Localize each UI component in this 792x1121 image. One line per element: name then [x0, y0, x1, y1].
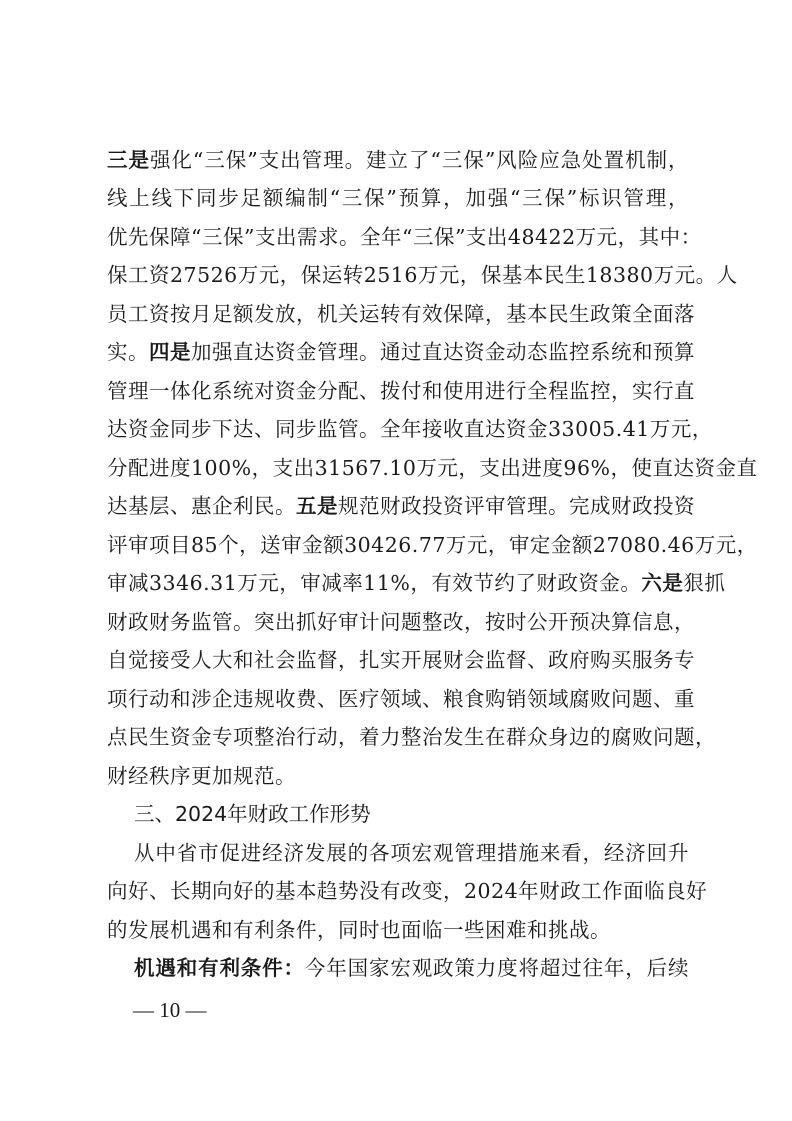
text-line: 达资金同步下达、同步监管。全年接收直达资金33005.41万元， — [107, 410, 689, 448]
text-line: 从中省市促进经济发展的各项宏观管理措施来看，经济回升 — [134, 834, 689, 872]
text-line: 点民生资金专项整治行动，着力整治发生在群众身边的腐败问题， — [107, 718, 689, 756]
section-heading: 三、2024年财政工作形势 — [134, 795, 689, 833]
text-line: 三是强化“三保”支出管理。建立了“三保”风险应急处置机制， — [107, 141, 689, 179]
bold-label: 机遇和有利条件： — [134, 956, 305, 980]
text-line: 项行动和涉企违规收费、医疗领域、粮食购销领域腐败问题、重 — [107, 680, 689, 718]
text-line: 保工资27526万元，保运转2516万元，保基本民生18380万元。人 — [107, 256, 689, 294]
document-page: 三是强化“三保”支出管理。建立了“三保”风险应急处置机制， 线上线下同步足额编制… — [0, 0, 792, 1121]
text-line: 实。四是加强直达资金管理。通过直达资金动态监控系统和预算 — [107, 333, 689, 371]
text-line: 员工资按月足额发放，机关运转有效保障，基本民生政策全面落 — [107, 295, 689, 333]
text-line: 财政财务监管。突出抓好审计问题整改，按时公开预决算信息， — [107, 603, 689, 641]
text-line: 自觉接受人大和社会监督，扎实开展财会监督、政府购买服务专 — [107, 641, 689, 679]
text-line: 的发展机遇和有利条件，同时也面临一些困难和挑战。 — [107, 911, 689, 949]
text-line: 机遇和有利条件：今年国家宏观政策力度将超过往年，后续 — [134, 949, 689, 987]
text-line: 评审项目85个，送审金额30426.77万元，审定金额27080.46万元， — [107, 526, 689, 564]
text-line: 管理一体化系统对资金分配、拨付和使用进行全程监控，实行直 — [107, 372, 689, 410]
text-line: 财经秩序更加规范。 — [107, 757, 689, 795]
page-number: — 10 — — [133, 995, 207, 1025]
text-line: 向好、长期向好的基本趋势没有改变，2024年财政工作面临良好 — [107, 872, 689, 910]
text-line: 分配进度100%，支出31567.10万元，支出进度96%，使直达资金直 — [107, 449, 689, 487]
text-line: 优先保障“三保”支出需求。全年“三保”支出48422万元，其中： — [107, 218, 689, 256]
text-line: 线上线下同步足额编制“三保”预算，加强“三保”标识管理， — [107, 179, 689, 217]
text-line: 达基层、惠企利民。五是规范财政投资评审管理。完成财政投资 — [107, 487, 689, 525]
text-line: 审减3346.31万元，审减率11%，有效节约了财政资金。六是狠抓 — [107, 564, 689, 602]
